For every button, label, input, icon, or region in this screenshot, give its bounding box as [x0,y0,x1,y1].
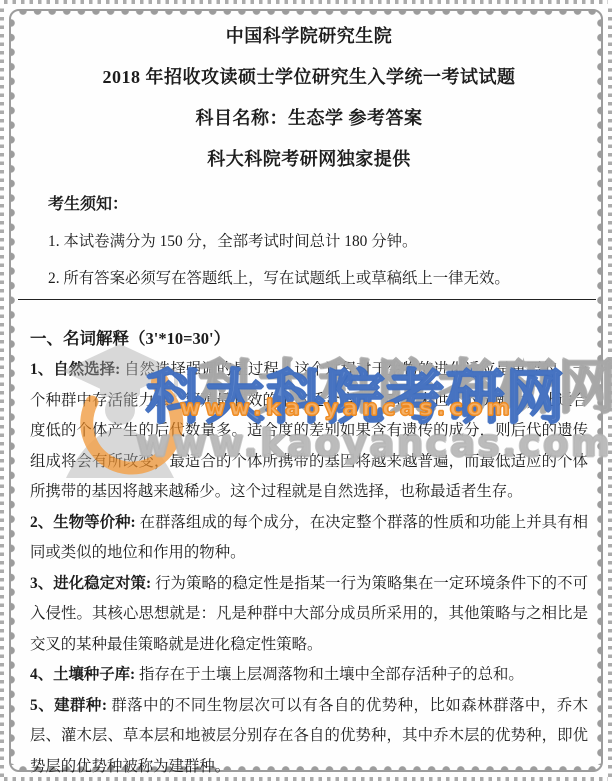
notice-item-2: 2. 所有答案必须写在答题纸上，写在试题纸上或草稿纸上一律无效。 [48,260,588,297]
notice-item-1: 1. 本试卷满分为 150 分，全部考试时间总计 180 分钟。 [48,223,588,260]
section-heading: 一、名词解释（3'*10=30'） [30,322,588,355]
term-body: 自然选择强调的是过程，这个过程对于生物的进化适应是重要的。一个种群中存活能力强、… [30,361,588,500]
title-provider: 科大科院考研网独家提供 [30,139,588,180]
title-exam: 2018 年招收攻读硕士学位研究生入学统一考试试题 [30,57,588,98]
exam-paper-page: 中国科学院研究生院 2018 年招收攻读硕士学位研究生入学统一考试试题 科目名称… [0,0,612,781]
term-label: 1、自然选择: [30,361,124,378]
term-label: 2、生物等价种: [30,514,140,531]
title-subject: 科目名称：生态学 参考答案 [30,98,588,139]
term-evolutionarily-stable-strategy: 3、进化稳定对策: 行为策略的稳定性是指某一行为策略集在一定环境条件下的不可入侵… [30,569,588,661]
title-institution: 中国科学院研究生院 [30,16,588,57]
document-content: 中国科学院研究生院 2018 年招收攻读硕士学位研究生入学统一考试试题 科目名称… [30,16,588,781]
term-body: 指存在于土壤上层凋落物和土壤中全部存活种子的总和。 [139,666,524,683]
term-constructive-species: 5、建群种: 群落中的不同生物层次可以有各自的优势种，比如森林群落中，乔木层、灌… [30,691,588,781]
divider-line [18,299,596,300]
term-label: 4、土壤种子库: [30,666,139,683]
scallop-edge-left [11,16,19,765]
term-body: 群落中的不同生物层次可以有各自的优势种，比如森林群落中，乔木层、灌木层、草本层和… [30,697,588,775]
term-natural-selection: 1、自然选择: 自然选择强调的是过程，这个过程对于生物的进化适应是重要的。一个种… [30,355,588,508]
term-label: 3、进化稳定对策: [30,575,155,592]
term-soil-seed-bank: 4、土壤种子库: 指存在于土壤上层凋落物和土壤中全部存活种子的总和。 [30,660,588,691]
notice-heading: 考生须知： [48,186,588,223]
term-label: 5、建群种: [30,697,111,714]
stamp-teeth-top [4,0,608,4]
scallop-edge-right [593,16,601,765]
term-ecological-equivalent: 2、生物等价种: 在群落组成的每个成分，在决定整个群落的性质和功能上并具有相同或… [30,508,588,569]
stamp-teeth-left [0,4,4,777]
stamp-teeth-right [608,4,612,777]
notice-section: 考生须知： 1. 本试卷满分为 150 分，全部考试时间总计 180 分钟。 2… [30,186,588,297]
